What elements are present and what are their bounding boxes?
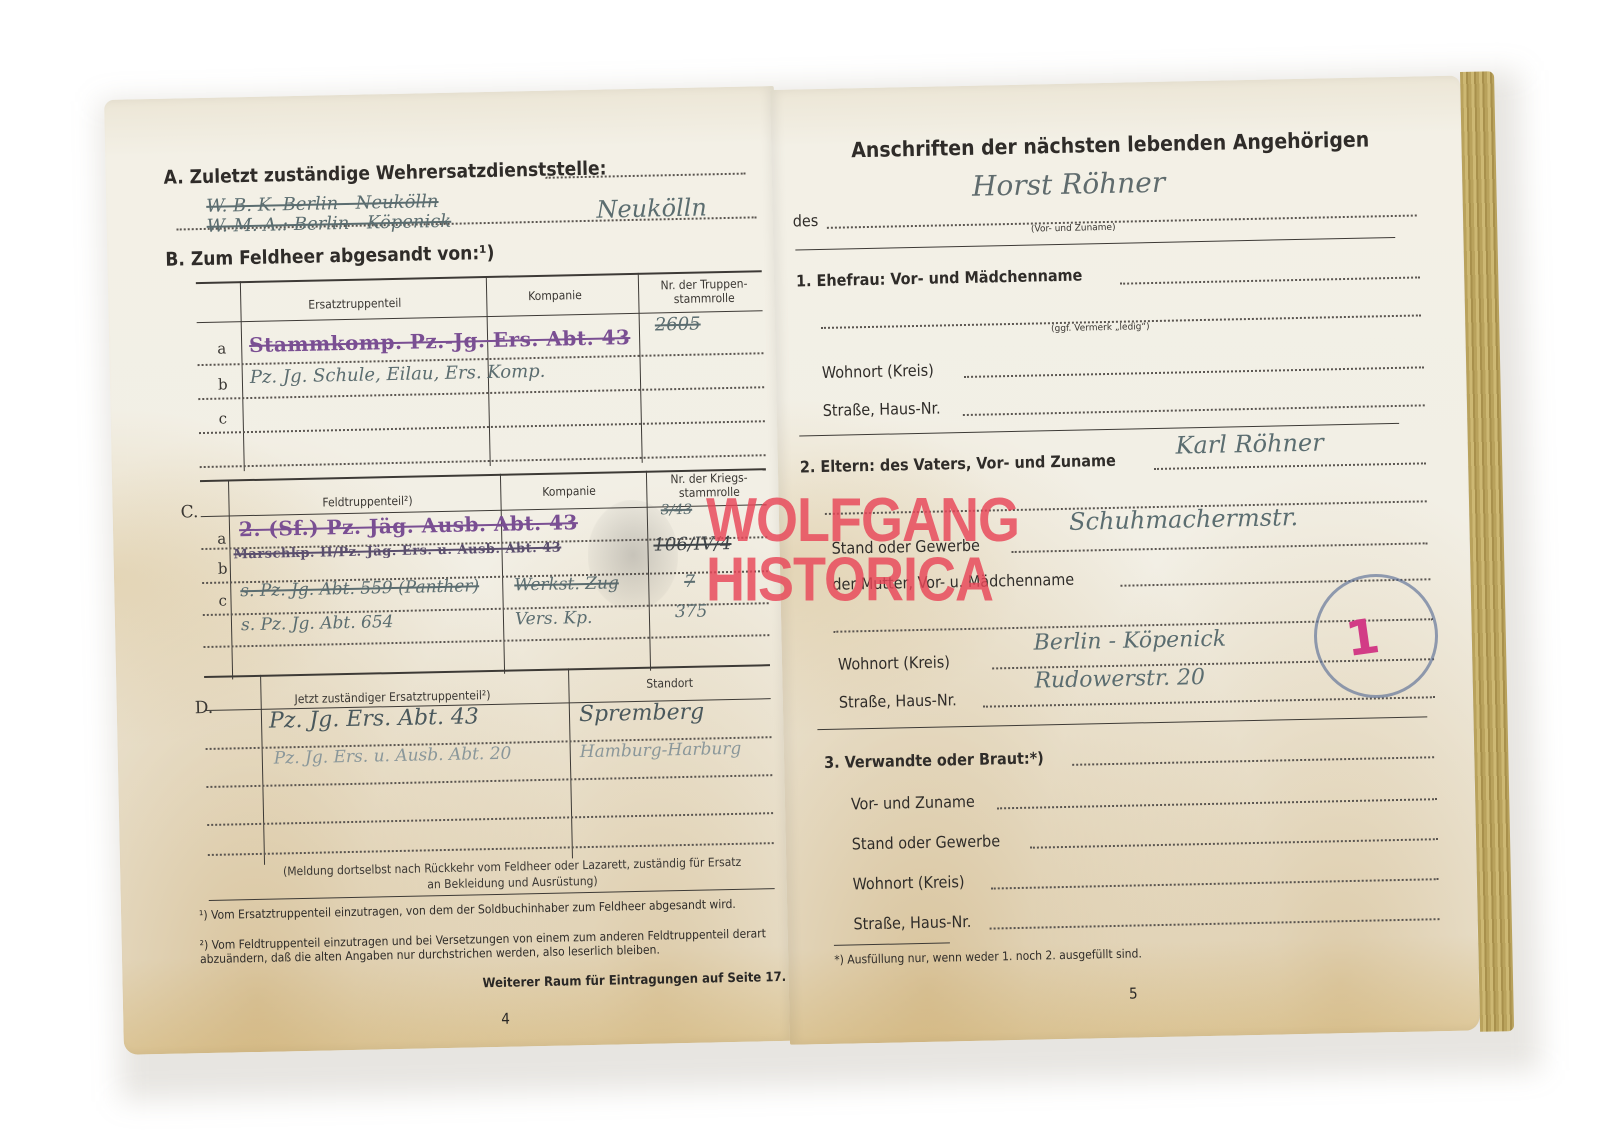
more-space-note: Weiterer Raum für Eintragungen auf Seite…	[482, 970, 786, 991]
dotted-line	[1012, 542, 1428, 553]
dotted-line	[207, 812, 773, 826]
dotted-line	[208, 842, 774, 856]
des-sublabel: (Vor- und Zuname)	[1031, 223, 1116, 235]
section-c-row-d-company: Vers. Kp.	[515, 608, 593, 630]
dotted-line	[198, 386, 764, 400]
dotted-line	[206, 774, 772, 788]
table-divider	[228, 479, 233, 679]
section-c-row-d-number: 375	[675, 601, 708, 622]
table-divider	[638, 273, 643, 463]
dotted-line	[997, 798, 1437, 809]
father-occupation: Schuhmachermstr.	[1069, 503, 1299, 536]
row-letter-a: a	[217, 530, 226, 548]
table-divider	[500, 474, 505, 674]
watermark-line-1: WOLFGANG	[706, 490, 986, 550]
footnote-rule	[834, 942, 950, 945]
dotted-line	[203, 634, 769, 648]
table-divider	[240, 281, 245, 471]
page-number-right: 5	[1129, 985, 1138, 1003]
parents-strasse: Rudowerstr. 20	[1034, 665, 1205, 694]
table-divider	[260, 675, 265, 865]
section-b-row-b-unit: Pz. Jg. Schule, Eilau, Ers. Komp.	[250, 361, 546, 388]
dotted-line	[983, 696, 1435, 707]
row-letter-a: a	[217, 339, 226, 357]
col-header-feldtruppenteil: Feldtruppenteil²)	[322, 494, 412, 510]
dotted-line	[963, 404, 1425, 416]
dotted-line	[1030, 838, 1438, 849]
section-a-label: A. Zuletzt zuständige Wehrersatzdienstst…	[163, 157, 606, 188]
parents-wohnort: Berlin - Köpenick	[1033, 627, 1226, 656]
spouse-strasse-label: Straße, Haus-Nr.	[823, 399, 941, 420]
col-header-jetzt-zustaendig: Jetzt zuständiger Ersatztruppenteil²)	[294, 688, 490, 706]
father-name: Karl Röhner	[1175, 428, 1324, 459]
section-c-row-d-unit: s. Pz. Jg. Abt. 654	[241, 612, 394, 635]
watermark-line-2: HISTORICA	[706, 550, 986, 610]
dotted-line	[199, 420, 765, 434]
section-c-row-b-unit: Marschkp. II/Pz. Jäg. Ers. u. Ausb. Abt.…	[233, 541, 561, 563]
section-c-label: C.	[180, 502, 198, 522]
section-d-row-1-unit: Pz. Jg. Ers. Abt. 43	[269, 704, 479, 733]
row-letter-b: b	[218, 560, 228, 578]
row-letter-c: c	[219, 409, 228, 427]
section-c-row-c-unit: s. Pz. Jg. Abt. 559 (Panther)	[240, 576, 479, 601]
dotted-line	[1120, 276, 1420, 284]
eagle-stamp-icon	[588, 500, 678, 610]
relatives-wohnort-label: Wohnort (Kreis)	[852, 872, 964, 893]
section-a-entry-3: Neukölln	[596, 193, 707, 223]
spouse-label: 1. Ehefrau: Vor- und Mädchenname	[796, 266, 1083, 291]
relatives-strasse-label: Straße, Haus-Nr.	[853, 912, 971, 933]
col-header-ersatztruppenteil: Ersatztruppenteil	[308, 296, 401, 312]
spouse-wohnort-label: Wohnort (Kreis)	[822, 361, 934, 382]
relatives-occupation-label: Stand oder Gewerbe	[852, 831, 1001, 853]
spouse-sublabel: (ggf. Vermerk „ledig“)	[1051, 322, 1150, 334]
col-header-standort: Standort	[646, 676, 693, 691]
parents-wohnort-label: Wohnort (Kreis)	[838, 652, 950, 673]
section-rule	[795, 237, 1395, 251]
section-b-row-a-number: 2605	[655, 314, 701, 336]
section-b-label: B. Zum Feldheer abgesandt von:¹)	[165, 242, 495, 271]
parents-label: 2. Eltern: des Vaters, Vor- und Zuname	[800, 451, 1116, 477]
section-d-row-2-unit: Pz. Jg. Ers. u. Ausb. Abt. 20	[274, 744, 512, 769]
left-page: A. Zuletzt zuständige Wehrersatzdienstst…	[104, 86, 794, 1055]
dotted-line	[990, 918, 1440, 929]
section-d-label: D.	[195, 698, 214, 718]
col-header-truppenstammrolle: Nr. der Truppen-stammrolle	[646, 276, 763, 306]
dotted-line	[991, 878, 1439, 889]
relatives-label: 3. Verwandte oder Braut:*)	[824, 748, 1044, 772]
section-rule	[817, 716, 1427, 730]
col-header-kompanie: Kompanie	[528, 288, 582, 303]
dotted-line	[964, 366, 1424, 378]
right-page-title: Anschriften der nächsten lebenden Angehö…	[851, 127, 1369, 162]
row-letter-c: c	[218, 592, 227, 610]
dotted-line	[1154, 462, 1426, 470]
right-footnote: *) Ausfüllung nur, wenn weder 1. noch 2.…	[834, 946, 1142, 966]
parents-strasse-label: Straße, Haus-Nr.	[839, 690, 957, 711]
footnote-1: ¹) Vom Ersatztruppenteil einzutragen, vo…	[199, 896, 789, 922]
dotted-line	[1072, 756, 1434, 766]
section-c-row-c-number: 7	[684, 572, 695, 592]
table-divider	[568, 668, 573, 858]
page-number-left: 4	[501, 1010, 510, 1028]
des-name: Horst Röhner	[972, 166, 1166, 203]
section-a-entry-2: W. M. A.: Berlin - Köpenick	[206, 211, 451, 237]
row-letter-b: b	[218, 375, 228, 393]
section-d-row-1-location: Spremberg	[579, 700, 705, 728]
watermark: WOLFGANG HISTORICA	[706, 490, 986, 610]
section-b-row-a-unit: Stammkomp. Pz.-Jg. Ers. Abt. 43	[249, 325, 631, 357]
section-d-row-2-location: Hamburg-Harburg	[580, 739, 742, 762]
dotted-line	[200, 454, 766, 468]
col-header-kompanie: Kompanie	[542, 484, 596, 499]
footnote-2: ²) Vom Feldtruppenteil einzutragen und b…	[200, 926, 790, 966]
des-label: des	[793, 211, 819, 231]
relatives-name-label: Vor- und Zuname	[851, 792, 975, 814]
dotted-line	[827, 214, 1417, 228]
